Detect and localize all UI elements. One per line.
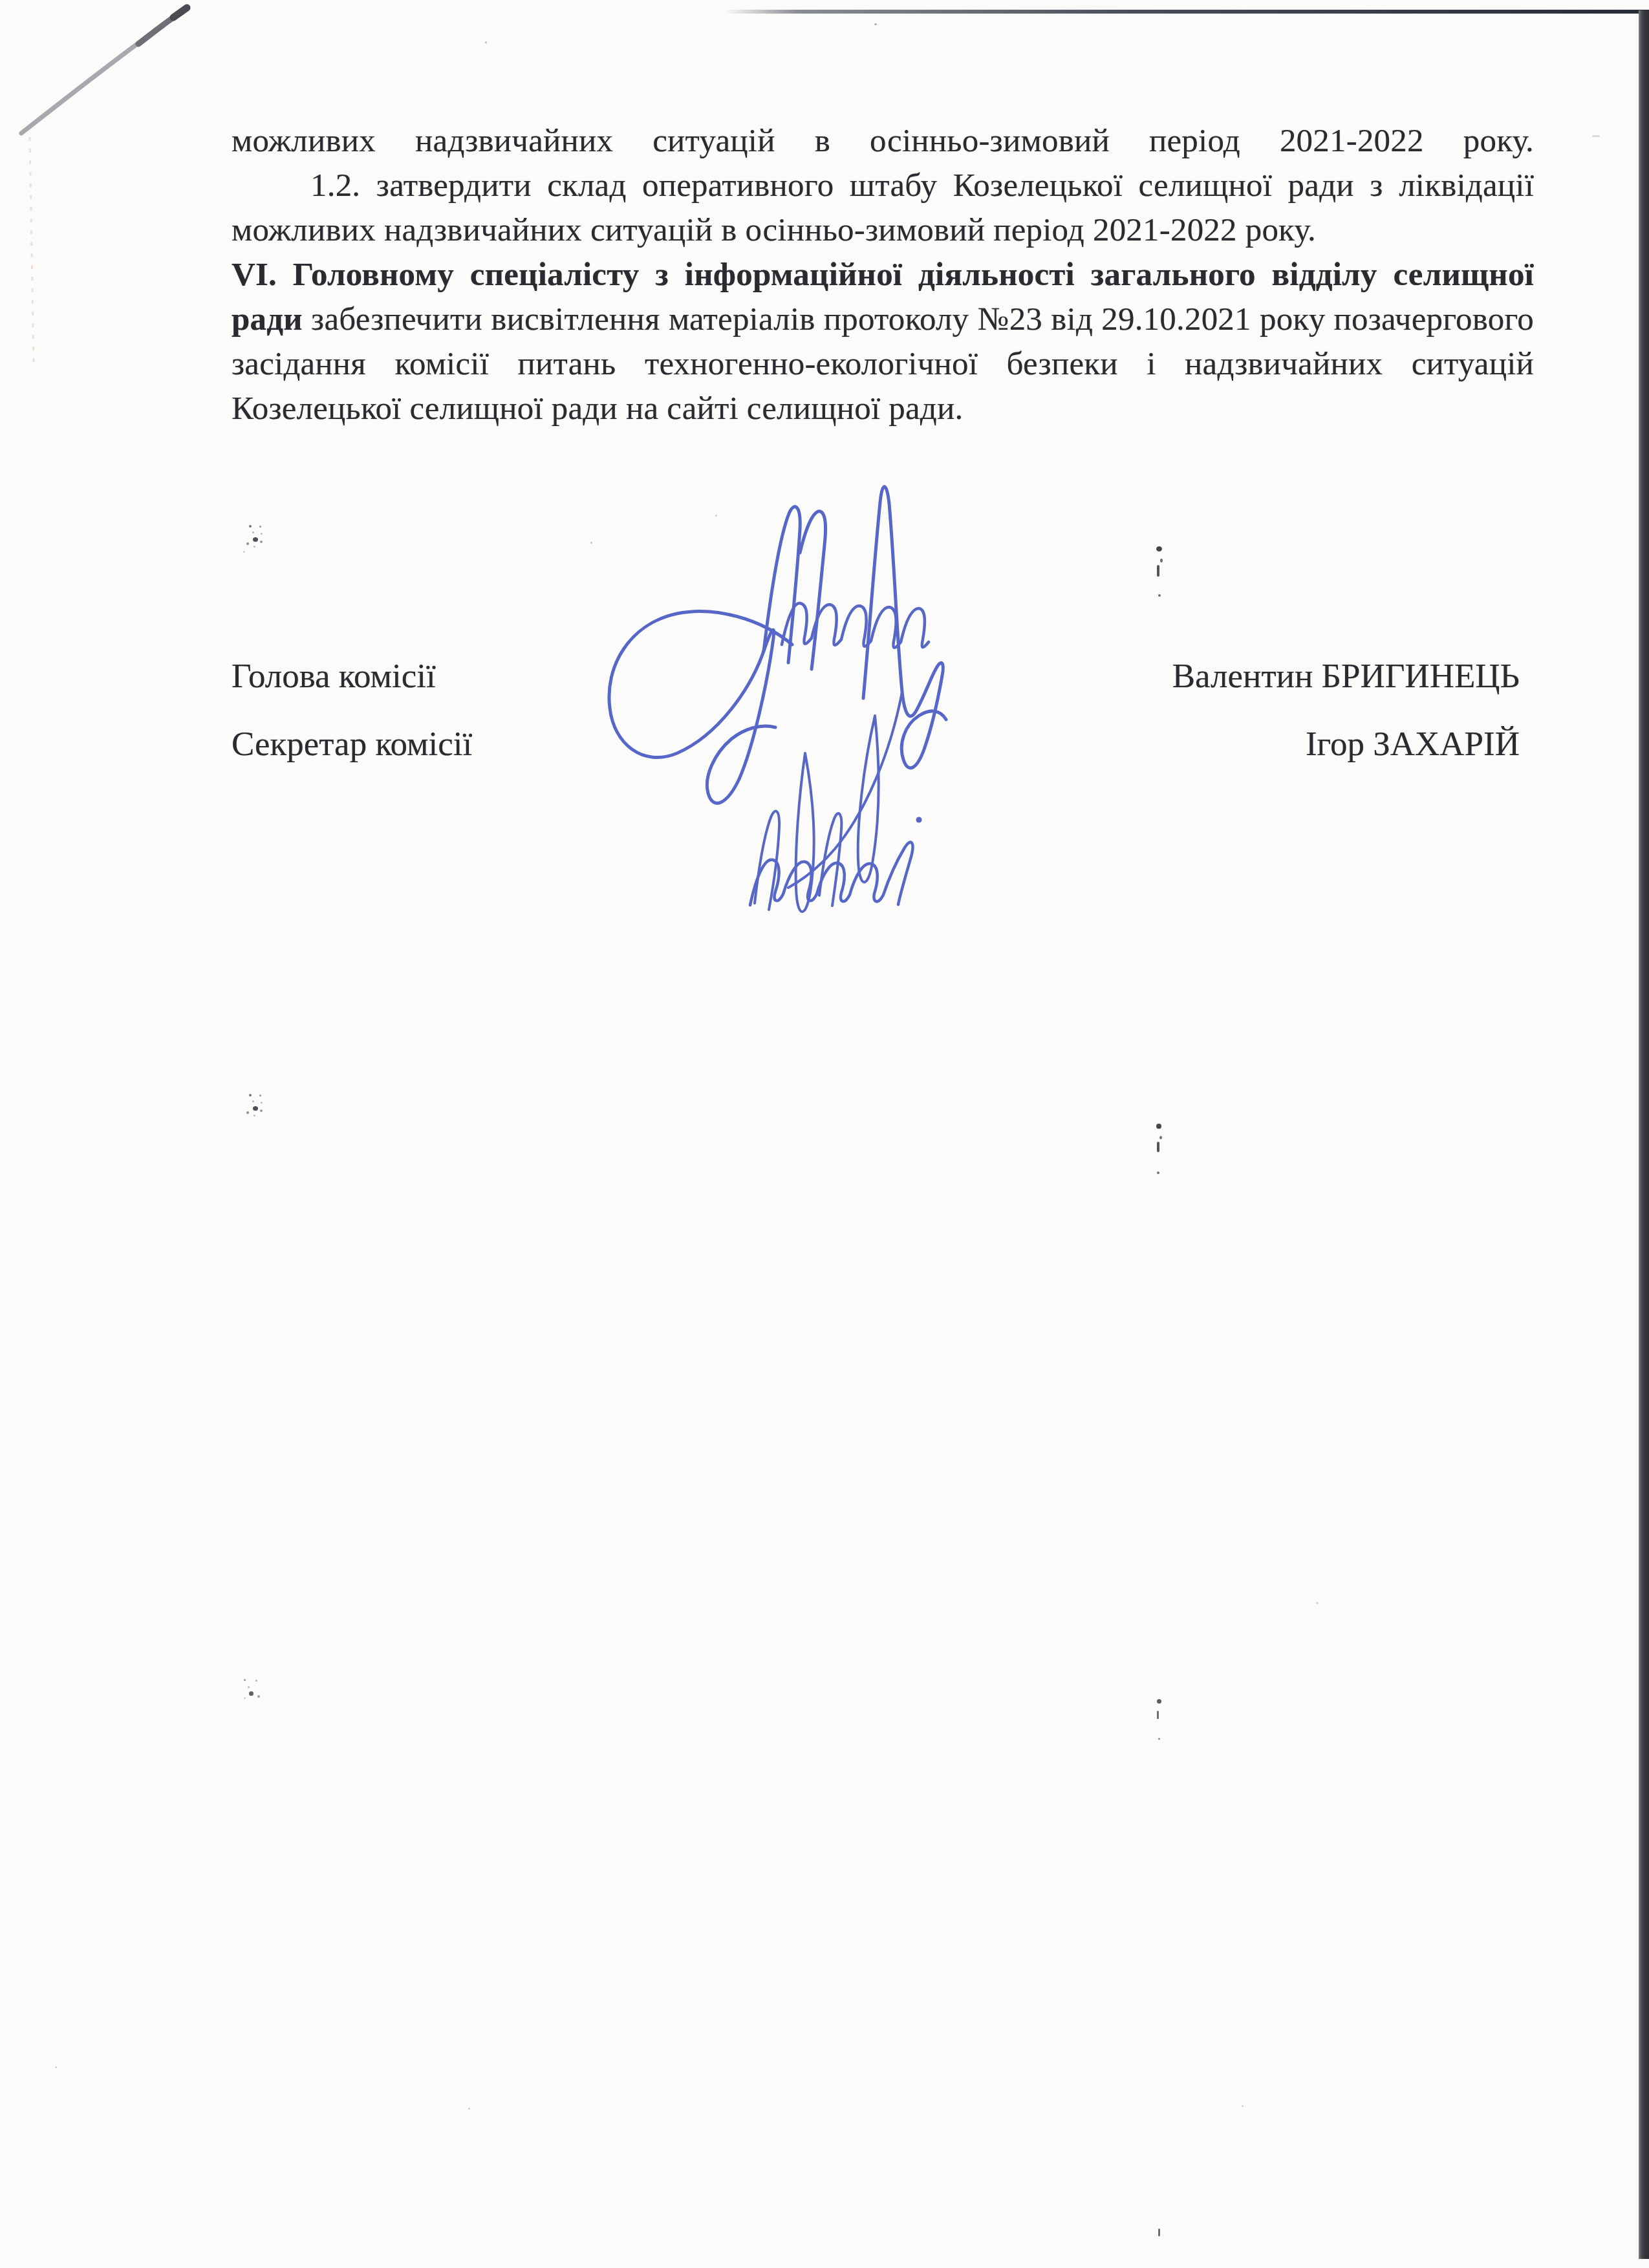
scan-edge-top [724,10,1649,14]
signatory-title-secretary: Секретар комісії [232,722,472,767]
signatory-name-head: Валентин БРИГИНЕЦЬ [1172,654,1534,699]
scan-edge-right [1639,10,1649,2259]
handwritten-signature-ink [592,475,954,928]
paragraph-continuation: можливих надзвичайних ситуацій в осінньо… [232,119,1534,164]
paragraph-item-1-2: 1.2. затвердити склад оперативного штабу… [232,164,1534,253]
scanned-document-page: { "page": { "paper_color": "#fbfbf9", "i… [0,0,1649,2268]
signatory-title-head: Голова комісії [232,654,436,699]
paragraph-item-vi: VI. Головному спеціалісту з інформаційно… [232,253,1534,431]
page-corner-fold-mark [0,0,259,453]
paragraph-continuation-text: можливих надзвичайних ситуацій в осінньо… [232,123,1534,159]
document-body-text: можливих надзвичайних ситуацій в осінньо… [232,119,1534,431]
signatory-name-secretary: Ігор ЗАХАРІЙ [1306,722,1534,767]
paragraph-item-1-2-text: 1.2. затвердити склад оперативного штабу… [232,167,1534,248]
paragraph-item-vi-body: забезпечити висвітлення матеріалів прото… [232,301,1534,427]
